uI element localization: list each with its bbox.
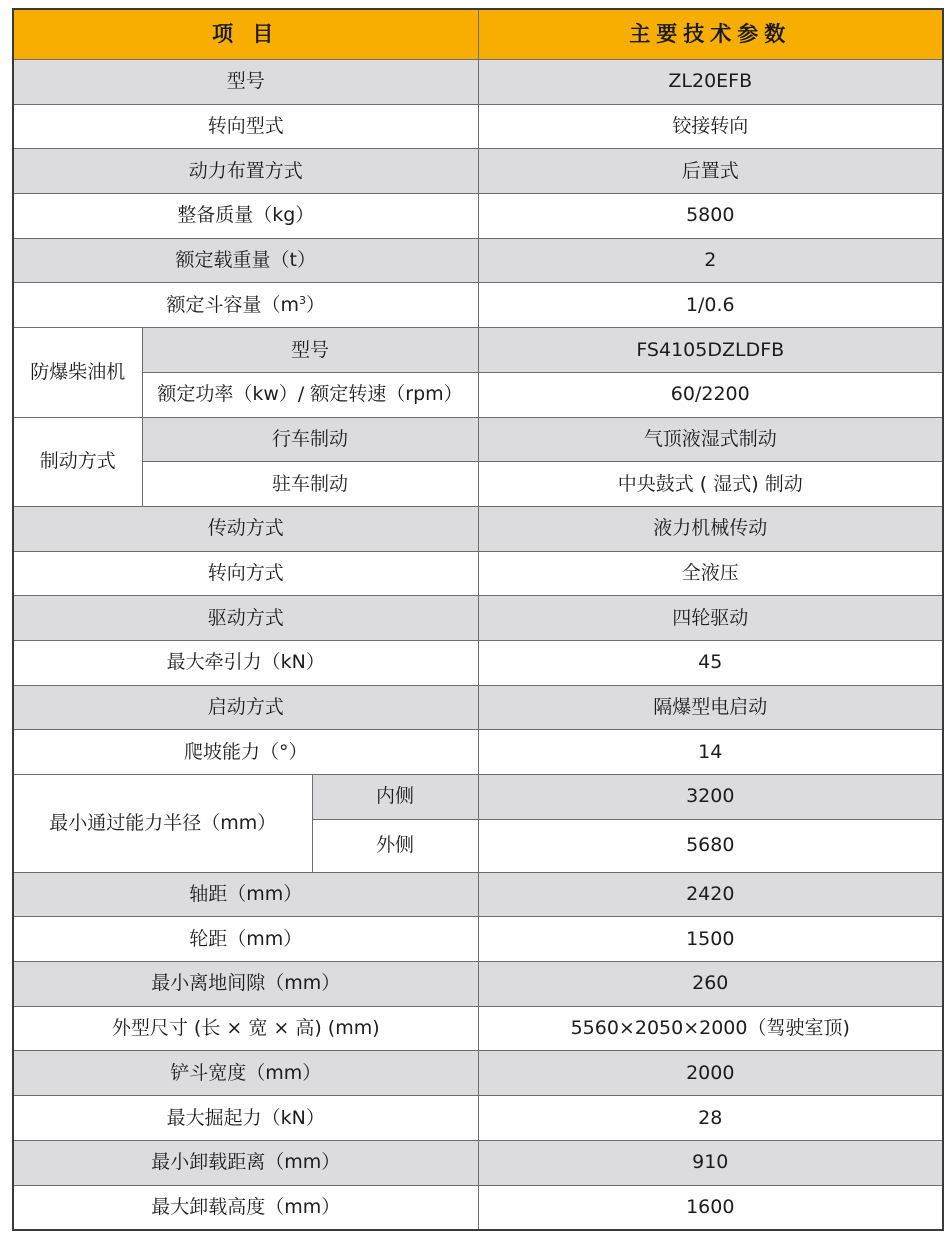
table-row-start: 启动方式 隔爆型电启动 [13,685,943,730]
row-label: 动力布置方式 [13,149,478,194]
row-value: 5680 [478,819,943,872]
row-value: 910 [478,1140,943,1185]
row-value: 260 [478,962,943,1007]
row-value: 5800 [478,194,943,239]
row-label: 转向方式 [13,551,478,596]
row-label: 最大牵引力（kN） [13,640,478,685]
row-value: 14 [478,730,943,775]
row-value: 5560×2050×2000（驾驶室顶) [478,1006,943,1051]
table-row-bucket-capacity: 额定斗容量（m3） 1/0.6 [13,283,943,328]
row-value: ZL20EFB [478,60,943,105]
header-item: 项 目 [13,9,478,60]
label-superscript: 3 [299,294,306,307]
header-row: 项 目 主要技术参数 [13,9,943,60]
group-label-turning-radius: 最小通过能力半径（mm） [13,775,312,873]
group-label-engine: 防爆柴油机 [13,328,142,417]
table-row-ground-clearance: 最小离地间隙（mm） 260 [13,962,943,1007]
row-label: 驱动方式 [13,596,478,641]
row-label: 最小卸载距离（mm） [13,1140,478,1185]
row-value: 2420 [478,872,943,917]
row-label: 外型尺寸 (长 × 宽 × 高) (mm) [13,1006,478,1051]
row-label: 型号 [142,328,478,373]
row-label: 整备质量（kg） [13,194,478,239]
row-label: 轮距（mm） [13,917,478,962]
row-value: 1500 [478,917,943,962]
row-label: 轴距（mm） [13,872,478,917]
table-row-dump-height: 最大卸载高度（mm） 1600 [13,1185,943,1230]
row-label: 传动方式 [13,506,478,551]
row-value: 28 [478,1096,943,1141]
table-row-drive: 驱动方式 四轮驱动 [13,596,943,641]
table-row-steering-method: 转向方式 全液压 [13,551,943,596]
row-value: 液力机械传动 [478,506,943,551]
table-row-steering-type: 转向型式 铰接转向 [13,104,943,149]
row-value: 全液压 [478,551,943,596]
row-label: 启动方式 [13,685,478,730]
table-row-operating-mass: 整备质量（kg） 5800 [13,194,943,239]
row-value: 中央鼓式 ( 湿式) 制动 [478,462,943,507]
table-row-wheelbase: 轴距（mm） 2420 [13,872,943,917]
row-value: 隔爆型电启动 [478,685,943,730]
row-label: 转向型式 [13,104,478,149]
table-row-model: 型号 ZL20EFB [13,60,943,105]
table-row-radius-inner: 最小通过能力半径（mm） 内侧 3200 [13,775,943,820]
table-row-engine-model: 防爆柴油机 型号 FS4105DZLDFB [13,328,943,373]
row-label: 驻车制动 [142,462,478,507]
row-value: 气顶液湿式制动 [478,417,943,462]
table-row-max-traction: 最大牵引力（kN） 45 [13,640,943,685]
row-value: 2000 [478,1051,943,1096]
row-label: 最小离地间隙（mm） [13,962,478,1007]
table-row-engine-power: 额定功率（kw）/ 额定转速（rpm） 60/2200 [13,372,943,417]
row-value: 60/2200 [478,372,943,417]
header-params: 主要技术参数 [478,9,943,60]
row-label: 最大卸载高度（mm） [13,1185,478,1230]
table-row-brake-parking: 驻车制动 中央鼓式 ( 湿式) 制动 [13,462,943,507]
row-label: 爬坡能力（°） [13,730,478,775]
table-row-dimensions: 外型尺寸 (长 × 宽 × 高) (mm) 5560×2050×2000（驾驶室… [13,1006,943,1051]
spec-table: 项 目 主要技术参数 型号 ZL20EFB 转向型式 铰接转向 动力布置方式 后… [12,8,944,1231]
table-row-power-layout: 动力布置方式 后置式 [13,149,943,194]
table-row-gradeability: 爬坡能力（°） 14 [13,730,943,775]
table-row-dump-reach: 最小卸载距离（mm） 910 [13,1140,943,1185]
row-label: 额定载重量（t） [13,238,478,283]
row-label: 额定斗容量（m3） [13,283,478,328]
row-value: 四轮驱动 [478,596,943,641]
row-value: FS4105DZLDFB [478,328,943,373]
row-value: 后置式 [478,149,943,194]
label-suffix: ） [306,294,325,316]
row-value: 铰接转向 [478,104,943,149]
table-row-track: 轮距（mm） 1500 [13,917,943,962]
row-value: 1600 [478,1185,943,1230]
row-value: 2 [478,238,943,283]
table-row-transmission: 传动方式 液力机械传动 [13,506,943,551]
row-label: 内侧 [312,775,478,820]
row-label: 额定功率（kw）/ 额定转速（rpm） [142,372,478,417]
row-label: 铲斗宽度（mm） [13,1051,478,1096]
row-value: 1/0.6 [478,283,943,328]
group-label-brake: 制动方式 [13,417,142,506]
row-label: 型号 [13,60,478,105]
row-value: 45 [478,640,943,685]
label-prefix: 额定斗容量（m [166,294,299,316]
table-row-brake-service: 制动方式 行车制动 气顶液湿式制动 [13,417,943,462]
row-label: 最大掘起力（kN） [13,1096,478,1141]
row-label: 行车制动 [142,417,478,462]
row-value: 3200 [478,775,943,820]
table-row-bucket-width: 铲斗宽度（mm） 2000 [13,1051,943,1096]
table-row-breakout-force: 最大掘起力（kN） 28 [13,1096,943,1141]
row-label: 外侧 [312,819,478,872]
table-row-rated-load: 额定载重量（t） 2 [13,238,943,283]
